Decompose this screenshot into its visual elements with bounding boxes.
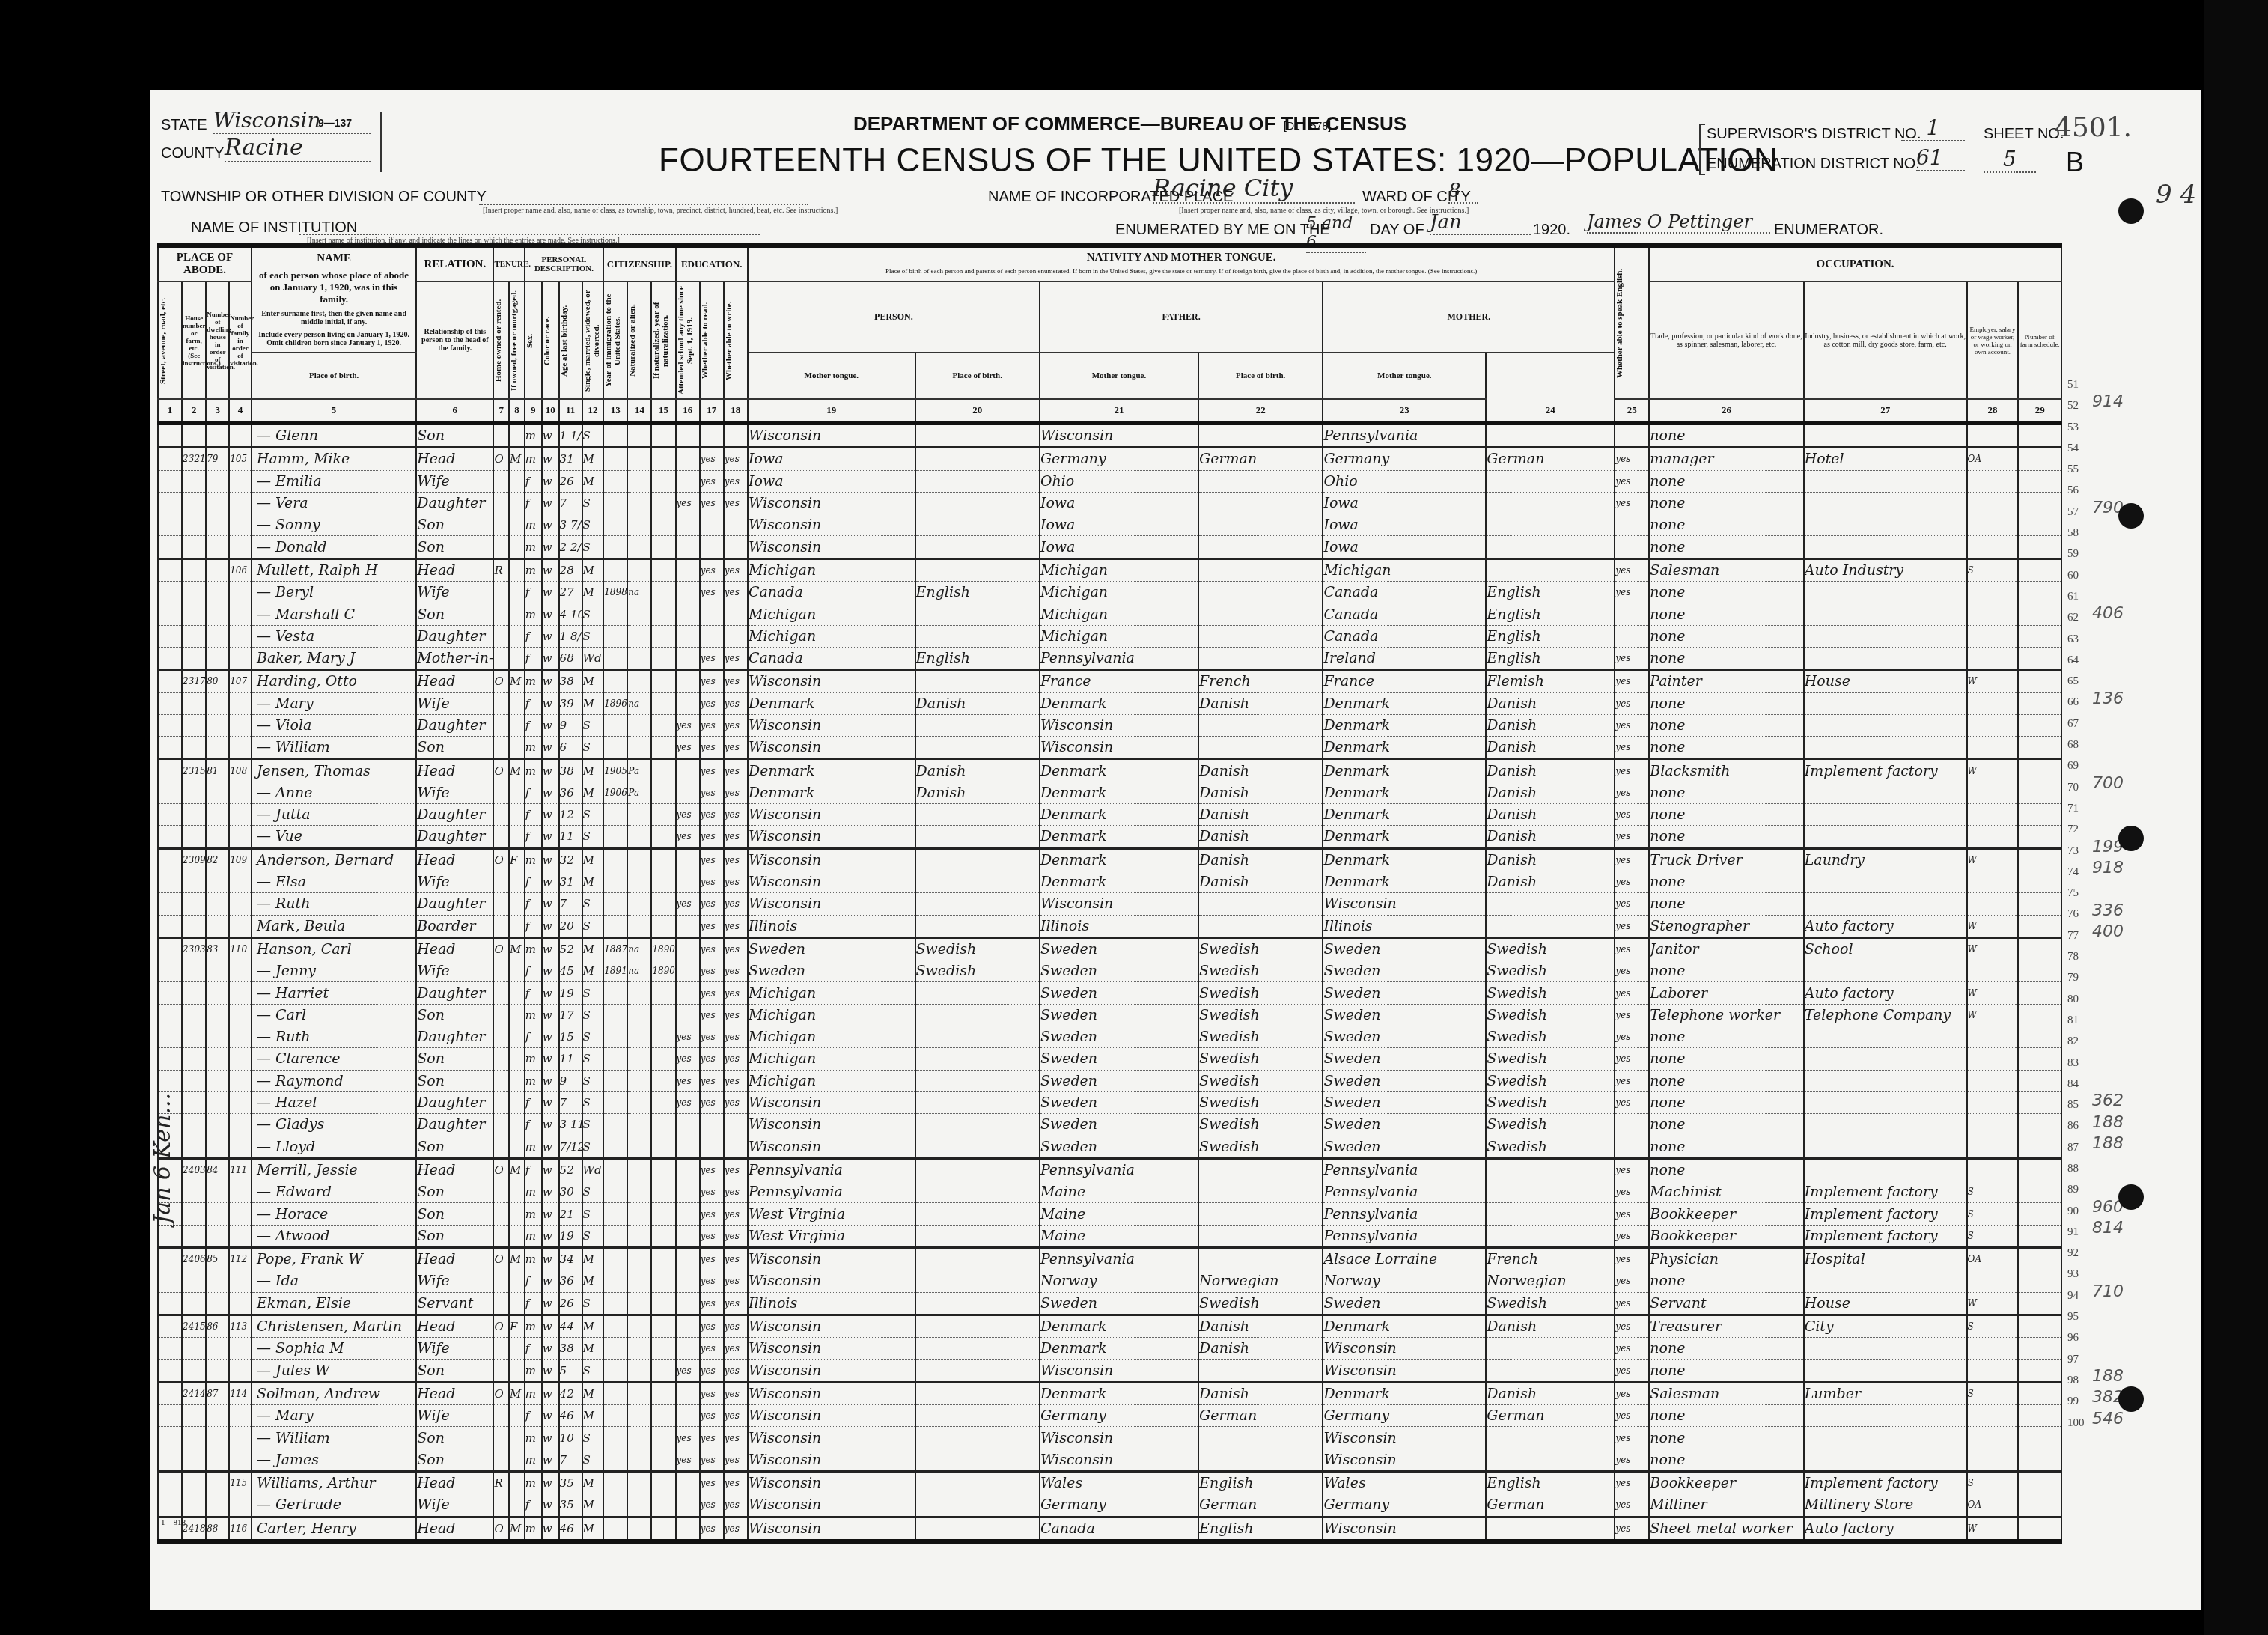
cell-dwelling	[206, 826, 229, 848]
cell-dwelling	[206, 1405, 229, 1427]
cell-industry	[1804, 1048, 1967, 1070]
cell-family	[229, 826, 252, 848]
cell-sex: m	[525, 423, 542, 448]
cell-read	[700, 514, 724, 536]
cell-trade: none	[1649, 1405, 1803, 1427]
cell-farm	[2018, 470, 2061, 492]
table-row: 230982109Anderson, BernardHeadOFmw32Myes…	[158, 848, 2061, 871]
cell-read: yes	[700, 1026, 724, 1048]
ward-value: 8	[1448, 180, 1478, 204]
cell-tongue	[915, 1247, 1040, 1270]
cell-age: 26	[559, 1292, 582, 1315]
cell-family	[229, 582, 252, 603]
cell-house	[182, 1026, 206, 1048]
cell-nat: Pa	[627, 759, 651, 782]
cell-farm	[2018, 582, 2061, 603]
cell-mpob: Michigan	[1323, 558, 1486, 581]
c19-header: Place of birth.	[252, 353, 416, 399]
cell-mtongue	[1486, 1449, 1615, 1471]
cell-age: 38	[559, 759, 582, 782]
cell-mtongue	[1486, 470, 1615, 492]
column-number: 16	[676, 399, 700, 423]
cell-school	[676, 670, 700, 692]
punch-hole	[2118, 198, 2144, 224]
cell-tongue	[915, 982, 1040, 1004]
cell-home	[493, 470, 509, 492]
cell-street	[158, 492, 182, 514]
column-number: 23	[1323, 399, 1486, 423]
cell-pob: Wisconsin	[748, 670, 915, 692]
cell-ftongue	[1198, 492, 1323, 514]
cell-dwelling	[206, 470, 229, 492]
cell-english: yes	[1615, 804, 1649, 826]
cell-house	[182, 625, 206, 647]
cell-farm	[2018, 1070, 2061, 1091]
line-number: 63	[2067, 629, 2090, 650]
cell-pob: Sweden	[748, 937, 915, 960]
cell-mort: M	[509, 1158, 525, 1181]
cell-relation: Son	[416, 737, 493, 759]
cell-farm	[2018, 759, 2061, 782]
cell-natyr	[651, 1427, 675, 1449]
cell-color: w	[542, 1494, 559, 1517]
table-row: — WilliamSonmw10SyesyesyesWisconsinWisco…	[158, 1427, 2061, 1449]
cell-write: yes	[724, 1270, 748, 1292]
cell-age: 20	[559, 915, 582, 937]
cell-name: — Atwood	[252, 1225, 416, 1247]
cell-street	[158, 893, 182, 915]
person-header: PERSON.	[748, 281, 1040, 353]
cell-mpob: Denmark	[1323, 848, 1486, 871]
cell-emp: W	[1967, 982, 2019, 1004]
cell-immig	[603, 848, 627, 871]
cell-name: Mullett, Ralph H	[252, 558, 416, 581]
cell-emp: OA	[1967, 1247, 2019, 1270]
cell-natyr	[651, 670, 675, 692]
column-number: 24	[1486, 399, 1615, 423]
cell-home	[493, 536, 509, 558]
cell-trade: none	[1649, 1270, 1803, 1292]
cell-mort	[509, 692, 525, 714]
cell-color: w	[542, 514, 559, 536]
cell-mpob: Denmark	[1323, 826, 1486, 848]
cell-color: w	[542, 1048, 559, 1070]
cell-fpob: Sweden	[1040, 982, 1198, 1004]
cell-natyr	[651, 1070, 675, 1091]
cell-house	[182, 492, 206, 514]
cell-farm	[2018, 1136, 2061, 1158]
cell-nat	[627, 1471, 651, 1494]
cell-house	[182, 960, 206, 982]
cell-age: 7	[559, 1091, 582, 1113]
line-number: 69	[2067, 755, 2090, 776]
cell-farm	[2018, 1004, 2061, 1026]
cell-relation: Head	[416, 1315, 493, 1337]
cell-pob: Wisconsin	[748, 893, 915, 915]
cell-pob: Wisconsin	[748, 1247, 915, 1270]
cell-street	[158, 603, 182, 625]
cell-mpob: Alsace Lorraine	[1323, 1247, 1486, 1270]
cell-name: — Emilia	[252, 470, 416, 492]
cell-tongue	[915, 1136, 1040, 1158]
cell-mpob: Canada	[1323, 582, 1486, 603]
cell-read: yes	[700, 848, 724, 871]
cell-fpob: Pennsylvania	[1040, 1158, 1198, 1181]
cell-write	[724, 514, 748, 536]
cell-relation: Son	[416, 1225, 493, 1247]
bracket	[378, 112, 382, 172]
cell-street	[158, 1048, 182, 1070]
cell-mtongue: Danish	[1486, 1382, 1615, 1404]
nativity-desc: Place of birth of each person and parent…	[763, 267, 1599, 275]
c1-label: Street, avenue, road, etc.	[159, 284, 168, 397]
cell-nat	[627, 1315, 651, 1337]
cell-color: w	[542, 692, 559, 714]
cell-dwelling	[206, 1136, 229, 1158]
cell-color: w	[542, 1136, 559, 1158]
cell-dwelling	[206, 603, 229, 625]
cell-trade: none	[1649, 1427, 1803, 1449]
cell-fpob: Pennsylvania	[1040, 1247, 1198, 1270]
line-number: 98	[2067, 1370, 2090, 1391]
cell-pob: Wisconsin	[748, 1517, 915, 1541]
c15-label: If naturalized, year of naturalization.	[652, 284, 670, 397]
cell-mort	[509, 1494, 525, 1517]
cell-age: 5	[559, 1360, 582, 1382]
table-row: — HazelDaughterfw7SyesyesyesWisconsinSwe…	[158, 1091, 2061, 1113]
township-field	[479, 189, 808, 205]
cell-english: yes	[1615, 1004, 1649, 1026]
cell-english: yes	[1615, 1158, 1649, 1181]
sheet-side: B	[2066, 147, 2084, 178]
cell-color: w	[542, 759, 559, 782]
cell-street	[158, 514, 182, 536]
cell-immig: 1891	[603, 960, 627, 982]
cell-natyr	[651, 1405, 675, 1427]
cell-ftongue	[1198, 470, 1323, 492]
cell-street	[158, 1427, 182, 1449]
cell-mpob: Sweden	[1323, 1070, 1486, 1091]
cell-house	[182, 1270, 206, 1292]
education-header: EDUCATION.	[676, 246, 748, 281]
cell-nat	[627, 1449, 651, 1471]
cell-fpob: Iowa	[1040, 492, 1198, 514]
cell-mort	[509, 1114, 525, 1136]
cell-name: — Jenny	[252, 960, 416, 982]
cell-relation: Son	[416, 1070, 493, 1091]
cell-tongue	[915, 1382, 1040, 1404]
table-row: — GertrudeWifefw35MyesyesWisconsinGerman…	[158, 1494, 2061, 1517]
cell-mort	[509, 871, 525, 892]
cell-tongue	[915, 470, 1040, 492]
cell-ftongue	[1198, 625, 1323, 647]
column-number: 3	[206, 399, 229, 423]
county-label: COUNTY	[161, 145, 224, 162]
cell-english: yes	[1615, 1517, 1649, 1541]
table-row: — MaryWifefw46MyesyesWisconsinGermanyGer…	[158, 1405, 2061, 1427]
cell-house	[182, 1338, 206, 1360]
cell-family: 116	[229, 1517, 252, 1541]
cell-street	[158, 625, 182, 647]
cell-color: w	[542, 1471, 559, 1494]
cell-trade: none	[1649, 492, 1803, 514]
cell-farm	[2018, 423, 2061, 448]
cell-fpob: Michigan	[1040, 582, 1198, 603]
cell-marital: M	[582, 558, 604, 581]
cell-house	[182, 871, 206, 892]
cell-mort	[509, 982, 525, 1004]
cell-write: yes	[724, 1091, 748, 1113]
column-number: 17	[700, 399, 724, 423]
cell-english	[1615, 603, 1649, 625]
cell-write: yes	[724, 1315, 748, 1337]
table-row: — EdwardSonmw30SyesyesPennsylvaniaMaineP…	[158, 1181, 2061, 1203]
cell-industry	[1804, 423, 1967, 448]
name-instr: Enter surname first, then the given name…	[258, 310, 409, 326]
cell-marital: S	[582, 423, 604, 448]
cell-marital: M	[582, 1405, 604, 1427]
cell-immig	[603, 1070, 627, 1091]
cell-relation: Son	[416, 1427, 493, 1449]
cell-mtongue: Danish	[1486, 692, 1615, 714]
cell-farm	[2018, 1338, 2061, 1360]
margin-note: 700	[2092, 774, 2124, 793]
cell-ftongue	[1198, 1203, 1323, 1225]
cell-school	[676, 782, 700, 803]
cell-natyr	[651, 423, 675, 448]
cell-nat	[627, 1338, 651, 1360]
cell-sex: m	[525, 603, 542, 625]
cell-mort: M	[509, 1247, 525, 1270]
cell-mort	[509, 1048, 525, 1070]
line-number: 67	[2067, 713, 2090, 734]
table-row: — WilliamSonmw6SyesyesyesWisconsinWiscon…	[158, 737, 2061, 759]
cell-english: yes	[1615, 1048, 1649, 1070]
line-number: 58	[2067, 523, 2090, 544]
c17-label: Whether able to read.	[701, 284, 710, 397]
cell-emp	[1967, 492, 2019, 514]
cell-immig	[603, 915, 627, 937]
c18-label: Whether able to write.	[725, 284, 734, 397]
cell-english: yes	[1615, 1181, 1649, 1203]
cell-pob: Wisconsin	[748, 804, 915, 826]
cell-pob: Illinois	[748, 1292, 915, 1315]
cell-relation: Head	[416, 670, 493, 692]
c21-header: Place of birth.	[915, 353, 1040, 399]
cell-mort	[509, 1225, 525, 1247]
cell-farm	[2018, 1427, 2061, 1449]
footer-code: 1—818	[161, 1518, 186, 1527]
c11-label: Age at last birthday.	[560, 284, 569, 397]
column-number: 2	[182, 399, 206, 423]
cell-house	[182, 915, 206, 937]
c10-label: Color or race.	[543, 284, 552, 397]
cell-immig	[603, 1449, 627, 1471]
cell-trade: none	[1649, 1360, 1803, 1382]
cell-mpob: Pennsylvania	[1323, 1158, 1486, 1181]
cell-street	[158, 937, 182, 960]
cell-house	[182, 1136, 206, 1158]
cell-dwelling: 79	[206, 448, 229, 470]
cell-english: yes	[1615, 1471, 1649, 1494]
supervisor-label: SUPERVISOR'S DISTRICT NO.	[1707, 126, 1921, 143]
cell-sex: m	[525, 448, 542, 470]
cell-relation: Daughter	[416, 1026, 493, 1048]
cell-sex: f	[525, 804, 542, 826]
cell-sex: m	[525, 558, 542, 581]
line-number: 53	[2067, 417, 2090, 438]
cell-fpob: Wisconsin	[1040, 737, 1198, 759]
cell-farm	[2018, 1225, 2061, 1247]
cell-ftongue	[1198, 514, 1323, 536]
cell-nat	[627, 804, 651, 826]
cell-mpob: Iowa	[1323, 492, 1486, 514]
cell-color: w	[542, 670, 559, 692]
cell-farm	[2018, 692, 2061, 714]
cell-color: w	[542, 582, 559, 603]
cell-street	[158, 582, 182, 603]
cell-emp	[1967, 714, 2019, 736]
cell-family	[229, 647, 252, 669]
cell-sex: f	[525, 1091, 542, 1113]
cell-mpob: Sweden	[1323, 937, 1486, 960]
cell-natyr	[651, 625, 675, 647]
cell-immig: 1896	[603, 692, 627, 714]
cell-farm	[2018, 1048, 2061, 1070]
cell-relation: Son	[416, 603, 493, 625]
cell-school	[676, 558, 700, 581]
cell-farm	[2018, 1315, 2061, 1337]
cell-mpob: Illinois	[1323, 915, 1486, 937]
cell-age: 3 11/12	[559, 1114, 582, 1136]
cell-read	[700, 1114, 724, 1136]
cell-relation: Son	[416, 1181, 493, 1203]
cell-mtongue: English	[1486, 603, 1615, 625]
cell-mtongue	[1486, 492, 1615, 514]
cell-name: — Hazel	[252, 1091, 416, 1113]
cell-color: w	[542, 1203, 559, 1225]
cell-tongue	[915, 1494, 1040, 1517]
cell-dwelling	[206, 782, 229, 803]
margin-note: 546	[2092, 1410, 2124, 1428]
cell-mort: M	[509, 1382, 525, 1404]
cell-dwelling	[206, 893, 229, 915]
cell-ftongue	[1198, 582, 1323, 603]
cell-dwelling	[206, 960, 229, 982]
place-value: Racine City	[1153, 174, 1355, 204]
c12-header: Single, married, widowed, or divorced.	[582, 281, 604, 399]
cell-family	[229, 915, 252, 937]
cell-natyr	[651, 737, 675, 759]
cell-read: yes	[700, 1494, 724, 1517]
cell-marital: S	[582, 826, 604, 848]
cell-emp: W	[1967, 759, 2019, 782]
cell-tongue	[915, 514, 1040, 536]
column-number: 9	[525, 399, 542, 423]
cell-emp	[1967, 603, 2019, 625]
sheet-label: SHEET NO.	[1984, 126, 2064, 143]
cell-read: yes	[700, 470, 724, 492]
cell-pob: Michigan	[748, 1026, 915, 1048]
cell-trade: none	[1649, 1070, 1803, 1091]
cell-color: w	[542, 1114, 559, 1136]
cell-house	[182, 826, 206, 848]
cell-name: — Mary	[252, 1405, 416, 1427]
cell-family	[229, 1091, 252, 1113]
cell-pob: Michigan	[748, 1004, 915, 1026]
c26-header: Trade, profession, or particular kind of…	[1649, 281, 1803, 399]
cell-natyr	[651, 826, 675, 848]
cell-natyr	[651, 692, 675, 714]
cell-write: yes	[724, 1405, 748, 1427]
cell-mpob: Germany	[1323, 1405, 1486, 1427]
cell-write: yes	[724, 1427, 748, 1449]
cell-dwelling: 88	[206, 1517, 229, 1541]
cell-family: 108	[229, 759, 252, 782]
cell-age: 52	[559, 1158, 582, 1181]
mother-header: MOTHER.	[1323, 281, 1615, 353]
cell-ftongue: Danish	[1198, 1315, 1323, 1337]
cell-mort: M	[509, 759, 525, 782]
cell-nat: na	[627, 582, 651, 603]
cell-school	[676, 582, 700, 603]
table-row: — VeraDaughterfw7SyesyesyesWisconsinIowa…	[158, 492, 2061, 514]
cell-mpob: Pennsylvania	[1323, 423, 1486, 448]
cell-color: w	[542, 982, 559, 1004]
cell-tongue	[915, 1427, 1040, 1449]
cell-family	[229, 714, 252, 736]
cell-read: yes	[700, 915, 724, 937]
cell-relation: Daughter	[416, 982, 493, 1004]
cell-ftongue: Swedish	[1198, 1136, 1323, 1158]
cell-industry	[1804, 470, 1967, 492]
cell-trade: none	[1649, 826, 1803, 848]
cell-industry: Implement factory	[1804, 1471, 1967, 1494]
cell-pob: Wisconsin	[748, 1338, 915, 1360]
c1-header: Street, avenue, road, etc.	[158, 281, 182, 399]
cell-school: yes	[676, 804, 700, 826]
cell-home	[493, 582, 509, 603]
margin-note: 914	[2092, 392, 2124, 411]
cell-house	[182, 1405, 206, 1427]
cell-write: yes	[724, 1292, 748, 1315]
cell-family	[229, 1494, 252, 1517]
cell-pob: Wisconsin	[748, 1091, 915, 1113]
cell-pob: Denmark	[748, 692, 915, 714]
cell-family: 111	[229, 1158, 252, 1181]
cell-mtongue: Swedish	[1486, 1026, 1615, 1048]
cell-immig	[603, 1270, 627, 1292]
cell-dwelling: 80	[206, 670, 229, 692]
cell-name: — Glenn	[252, 423, 416, 448]
line-number: 60	[2067, 565, 2090, 586]
cell-mtongue: Flemish	[1486, 670, 1615, 692]
cell-relation: Son	[416, 1449, 493, 1471]
cell-nat	[627, 1247, 651, 1270]
cell-home	[493, 782, 509, 803]
line-number: 90	[2067, 1201, 2090, 1222]
table-row: — AnneWifefw36M1906PayesyesDenmarkDanish…	[158, 782, 2061, 803]
punch-hole	[2118, 1386, 2144, 1412]
cell-sex: f	[525, 1270, 542, 1292]
cell-marital: M	[582, 1494, 604, 1517]
column-number: 11	[559, 399, 582, 423]
cell-age: 35	[559, 1471, 582, 1494]
cell-age: 39	[559, 692, 582, 714]
cell-color: w	[542, 1247, 559, 1270]
cell-color: w	[542, 1315, 559, 1337]
cell-name: Jensen, Thomas	[252, 759, 416, 782]
